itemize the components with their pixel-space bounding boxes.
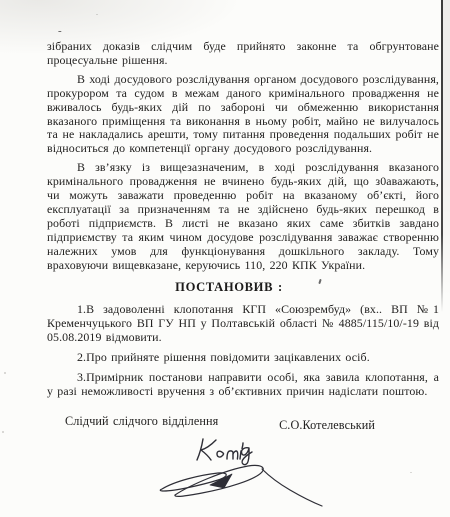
signature-block: Слідчий слідчого відділення С.О.Котелевс… [47,415,439,429]
scan-speck [410,472,412,473]
resolution-item-3: 3.Примірник постанови направити особі, я… [47,371,439,399]
signatory-name: С.О.Котелевський [279,419,375,433]
resolution-heading: ПОСТАНОВИВ : [33,281,425,295]
document-body: зібраних доказів слідчим буде прийнято з… [47,40,439,429]
signatory-title: Слідчий слідчого відділення [65,415,218,429]
signature-scribble [160,465,322,506]
paragraph-pretrial-investigation: В ході досудового розслідування органом … [47,73,439,156]
scan-speck [2,431,4,433]
scan-edge-line [441,0,443,312]
scan-edge-strip [443,0,450,300]
paragraph-continuation: зібраних доказів слідчим буде прийнято з… [47,40,439,68]
handwritten-copy-note-and-signature [150,433,350,517]
scanned-document-page: - зібраних доказів слідчим буде прийнято… [0,0,450,517]
resolution-item-1: 1.В задоволенні клопотання КГП «Союзремб… [47,303,439,345]
scan-speck [4,372,6,374]
handwritten-copy-note [197,439,252,465]
paragraph-conclusion: В зв’язку із вищезазначеним, в ході розс… [47,161,439,272]
scan-speck [96,14,98,15]
stray-dash-mark: - [58,26,62,37]
resolution-item-2: 2.Про прийняте рішення повідомити заціка… [47,351,439,365]
